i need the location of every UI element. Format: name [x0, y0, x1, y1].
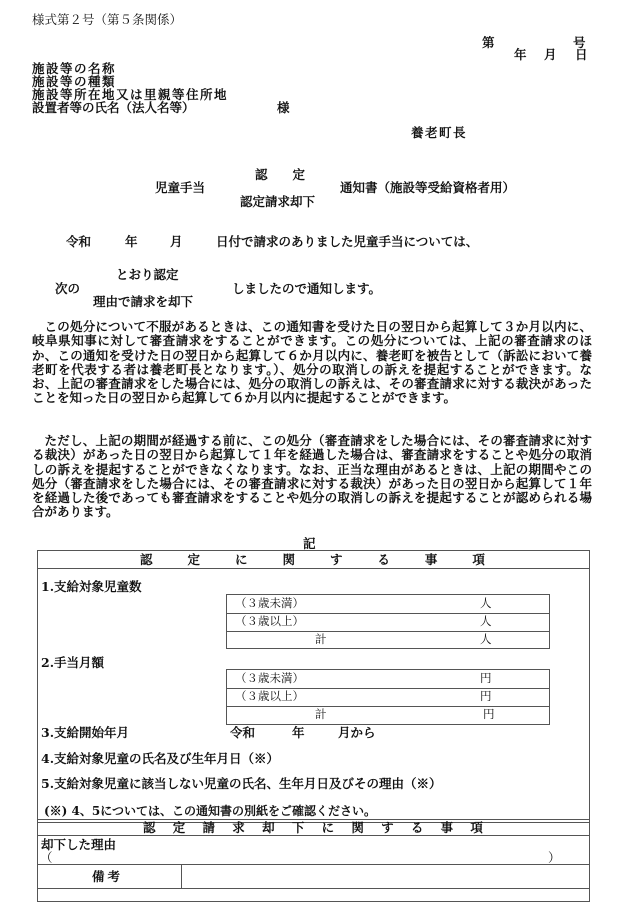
heading-char: す	[381, 821, 394, 835]
row-label: （３歳以上）	[235, 689, 304, 703]
heading-char: 事	[441, 821, 454, 835]
result-prefix: 次の	[55, 282, 80, 296]
ki-marker: 記	[303, 537, 316, 551]
title-option-reject: 認定請求却下	[240, 195, 315, 209]
establisher-name-label: 設置者等の氏名（法人名等）	[32, 101, 195, 115]
heading-char: 求	[232, 821, 245, 835]
row-unit: 円	[480, 671, 492, 685]
title-option-certify: 認 定	[255, 168, 305, 182]
intro-month: 月	[170, 235, 183, 249]
item4-label: 4.支給対象児童の氏名及び生年月日（※）	[41, 752, 279, 766]
row-label: 計	[315, 707, 327, 721]
remarks-label: 備考	[92, 870, 123, 884]
item3-month: 月から	[338, 726, 376, 740]
row-label: （３歳未満）	[235, 596, 304, 610]
row-unit: 円	[483, 707, 495, 721]
child-count-row-over3: （３歳以上） 人	[227, 614, 549, 630]
result-option-certify: とおり認定	[116, 268, 179, 282]
item3-year: 年	[292, 726, 305, 740]
divider	[37, 835, 590, 836]
rejection-reason-close-paren: ）	[548, 851, 561, 865]
intro-era: 令和	[66, 235, 91, 249]
row-unit: 円	[480, 689, 492, 703]
sender: 養老町長	[411, 126, 467, 140]
rejection-reason-open-paren: （	[40, 851, 53, 865]
result-option-reject: 理由で請求を却下	[93, 295, 193, 309]
allowance-row-total: 計 円	[227, 707, 549, 723]
divider	[37, 888, 590, 889]
heading-char: に	[322, 821, 335, 835]
allowance-row-over3: （３歳以上） 円	[227, 689, 549, 705]
allowance-amount-table: （３歳未満） 円 （３歳以上） 円 計 円	[226, 669, 550, 725]
heading-char: 認	[143, 821, 156, 835]
row-unit: 人	[480, 632, 492, 646]
item3-era: 令和	[230, 726, 255, 740]
heading-char: る	[377, 553, 390, 567]
title-prefix: 児童手当	[155, 181, 205, 195]
certification-heading: 認 定 に 関 す る 事 項	[140, 553, 485, 567]
item5-label: 5.支給対象児童に該当しない児童の氏名、生年月日及びその理由（※）	[41, 777, 442, 791]
heading-char: 認	[140, 553, 153, 567]
title-suffix: 通知書（施設等受給資格者用）	[340, 181, 515, 195]
heading-char: 関	[282, 553, 295, 567]
appeal-paragraph-2: ただし、上記の期間が経過する前に、この処分（審査請求をした場合には、その審査請求…	[32, 434, 592, 520]
form-number: 様式第２号（第５条関係）	[32, 13, 182, 27]
heading-char: 項	[472, 553, 485, 567]
row-unit: 人	[480, 596, 492, 610]
row-label: 計	[315, 632, 327, 646]
item3-label: 3.支給開始年月	[41, 726, 129, 740]
heading-char: 事	[425, 553, 438, 567]
child-count-row-total: 計 人	[227, 632, 549, 648]
row-unit: 人	[480, 614, 492, 628]
remarks-field[interactable]	[182, 865, 589, 888]
appeal-paragraph-1: この処分について不服があるときは、この通知書を受けた日の翌日から起算して３か月以…	[32, 320, 592, 406]
intro-text: 日付で請求のありました児童手当については、	[216, 235, 478, 249]
item1-label: 1.支給対象児童数	[41, 580, 142, 594]
heading-char: 定	[187, 553, 200, 567]
heading-char: 項	[470, 821, 483, 835]
child-count-table: （３歳未満） 人 （３歳以上） 人 計 人	[226, 594, 550, 649]
rejection-heading: 認 定 請 求 却 下 に 関 す る 事 項	[143, 821, 483, 835]
annex-note: (※) 4、5については、この通知書の別紙をご確認ください。	[44, 804, 376, 818]
heading-char: 請	[203, 821, 216, 835]
heading-char: に	[235, 553, 248, 567]
divider	[37, 568, 590, 569]
date-year-label: 年	[514, 48, 527, 62]
intro-year: 年	[125, 235, 138, 249]
heading-char: す	[330, 553, 343, 567]
heading-char: 定	[173, 821, 186, 835]
result-suffix: しましたので通知します。	[232, 282, 381, 296]
row-label: （３歳以上）	[235, 614, 304, 628]
row-label: （３歳未満）	[235, 671, 304, 685]
date-day-label: 日	[575, 48, 588, 62]
item2-label: 2.手当月額	[41, 656, 104, 670]
heading-char: 却	[262, 821, 275, 835]
child-count-row-under3: （３歳未満） 人	[227, 596, 549, 612]
heading-char: 関	[351, 821, 364, 835]
honorific: 様	[277, 101, 290, 115]
heading-char: 下	[292, 821, 305, 835]
heading-char: る	[411, 821, 424, 835]
date-month-label: 月	[544, 48, 557, 62]
doc-number-prefix: 第	[482, 36, 495, 50]
allowance-row-under3: （３歳未満） 円	[227, 671, 549, 687]
